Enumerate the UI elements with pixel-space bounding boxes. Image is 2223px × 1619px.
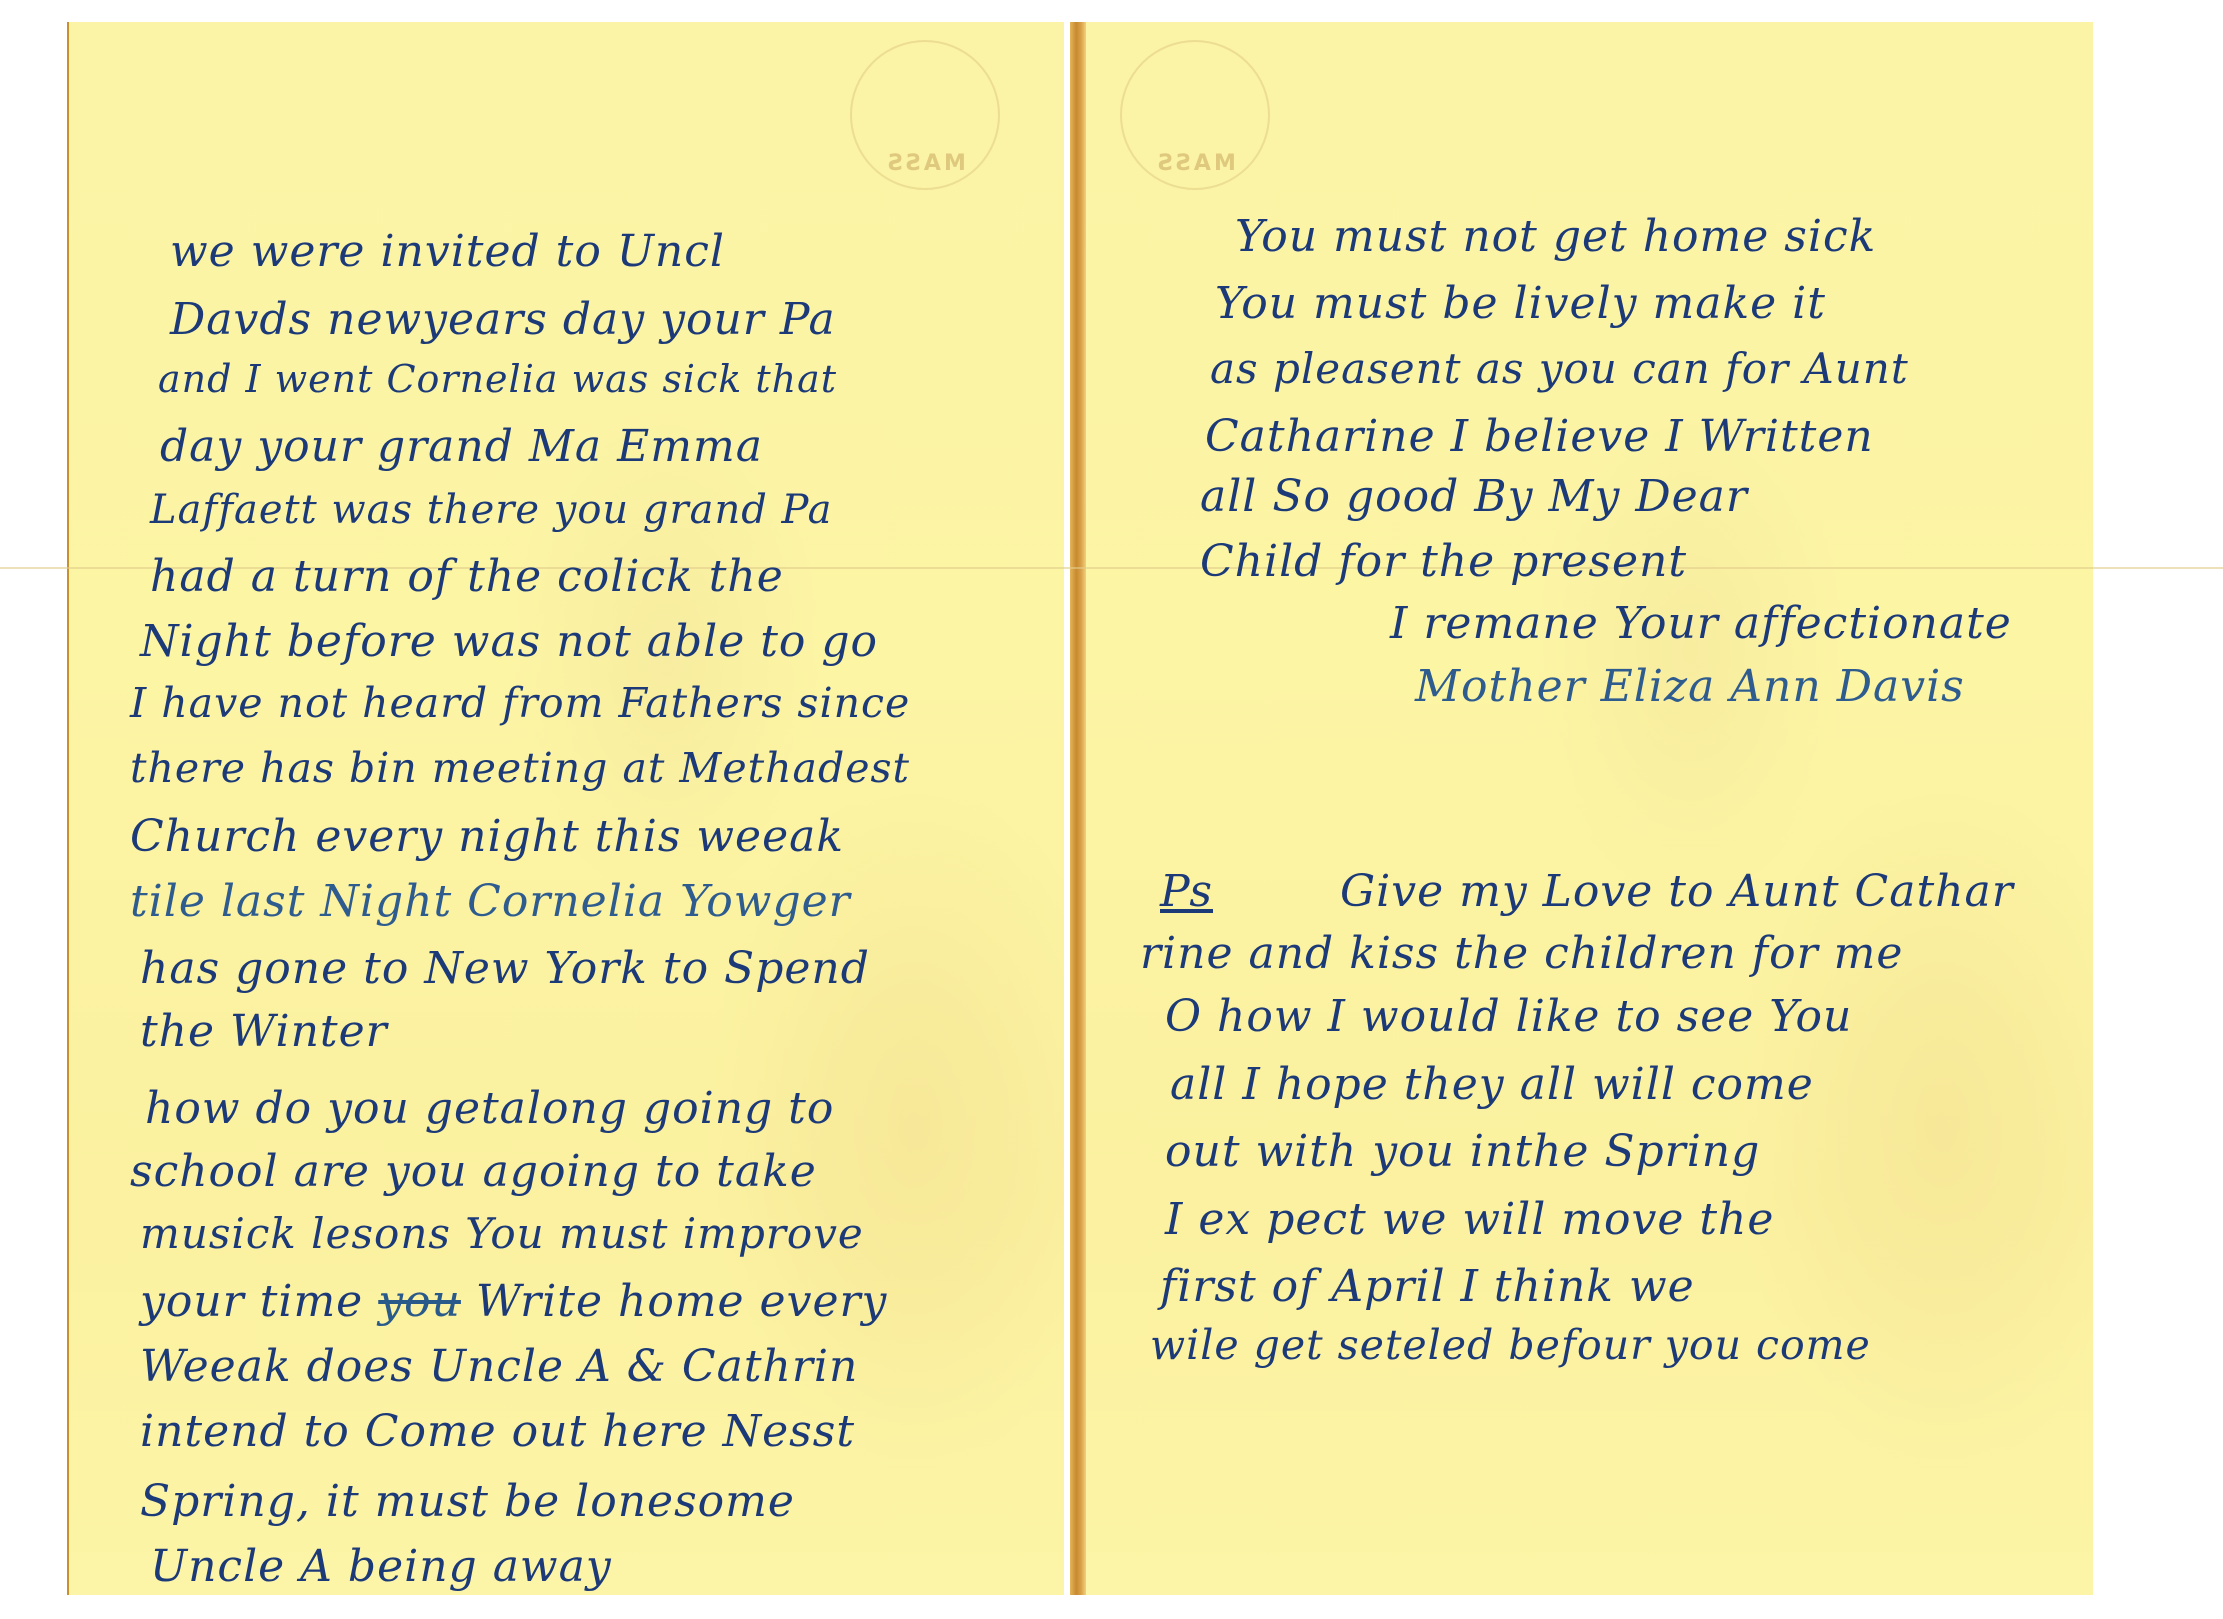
right-line-4: Catharine I believe I Written [1205, 415, 1874, 459]
left-line-4: day your grand Ma Emma [160, 425, 763, 469]
right-line-2: You must be lively make it [1215, 282, 1826, 326]
ps-line-7: first of April I think we [1160, 1265, 1695, 1309]
ps-line-6: I ex pect we will move the [1165, 1198, 1774, 1242]
left-line-10: Church every night this weeak [130, 815, 844, 859]
seal-text: MASS [1154, 151, 1236, 176]
left-line-16: musick lesons You must improve [140, 1213, 864, 1255]
left-line-12: has gone to New York to Spend [140, 947, 870, 991]
ps-line-3: O how I would like to see You [1165, 995, 1852, 1039]
ps-line-8: wile get seteled befour you come [1150, 1325, 1871, 1366]
left-line-6: had a turn of the colick the [150, 555, 784, 599]
left-line-8: I have not heard from Fathers since [130, 683, 910, 724]
left-line-5: Laffaett was there you grand Pa [150, 490, 833, 530]
left-line-18: Weeak does Uncle A & Cathrin [140, 1345, 858, 1389]
left-line-15: school are you agoing to take [130, 1150, 817, 1194]
ps-line-4: all I hope they all will come [1170, 1063, 1814, 1107]
left-line-11: tile last Night Cornelia Yowger [130, 880, 851, 924]
ps-line-1: Give my Love to Aunt Cathar [1340, 870, 2014, 914]
left-line-21: Uncle A being away [150, 1545, 612, 1589]
line-text: Write home every [476, 1276, 887, 1327]
right-line-6: Child for the present [1200, 540, 1687, 584]
closing-line: I remane Your affectionate [1390, 602, 2012, 646]
postscript-marker: Ps [1160, 870, 1213, 914]
signature-line: Mother Eliza Ann Davis [1415, 665, 1965, 709]
left-line-2: Davds newyears day your Pa [170, 298, 836, 342]
left-line-17: your time you Write home every [140, 1280, 887, 1324]
center-fold [1070, 22, 1086, 1595]
left-line-13: the Winter [140, 1010, 388, 1054]
right-line-3: as pleasent as you can for Aunt [1210, 348, 1909, 390]
right-line-1: You must not get home sick [1235, 215, 1876, 259]
struck-out-word: you [378, 1276, 461, 1327]
left-line-19: intend to Come out here Nesst [140, 1410, 855, 1454]
seal-text: MASS [884, 151, 966, 176]
left-line-1: we were invited to Uncl [170, 230, 725, 274]
left-line-20: Spring, it must be lonesome [140, 1480, 795, 1524]
ps-line-2: rine and kiss the children for me [1140, 932, 1903, 976]
right-line-5: all So good By My Dear [1200, 475, 1748, 519]
left-line-7: Night before was not able to go [140, 620, 878, 664]
embossed-seal-left: MASS [850, 40, 1000, 190]
line-text: your time [140, 1276, 363, 1327]
embossed-seal-right: MASS [1120, 40, 1270, 190]
left-line-14: how do you getalong going to [145, 1087, 834, 1131]
ps-line-5: out with you inthe Spring [1165, 1130, 1760, 1174]
left-line-9: there has bin meeting at Methadest [130, 748, 910, 789]
left-line-3: and I went Cornelia was sick that [158, 360, 837, 398]
